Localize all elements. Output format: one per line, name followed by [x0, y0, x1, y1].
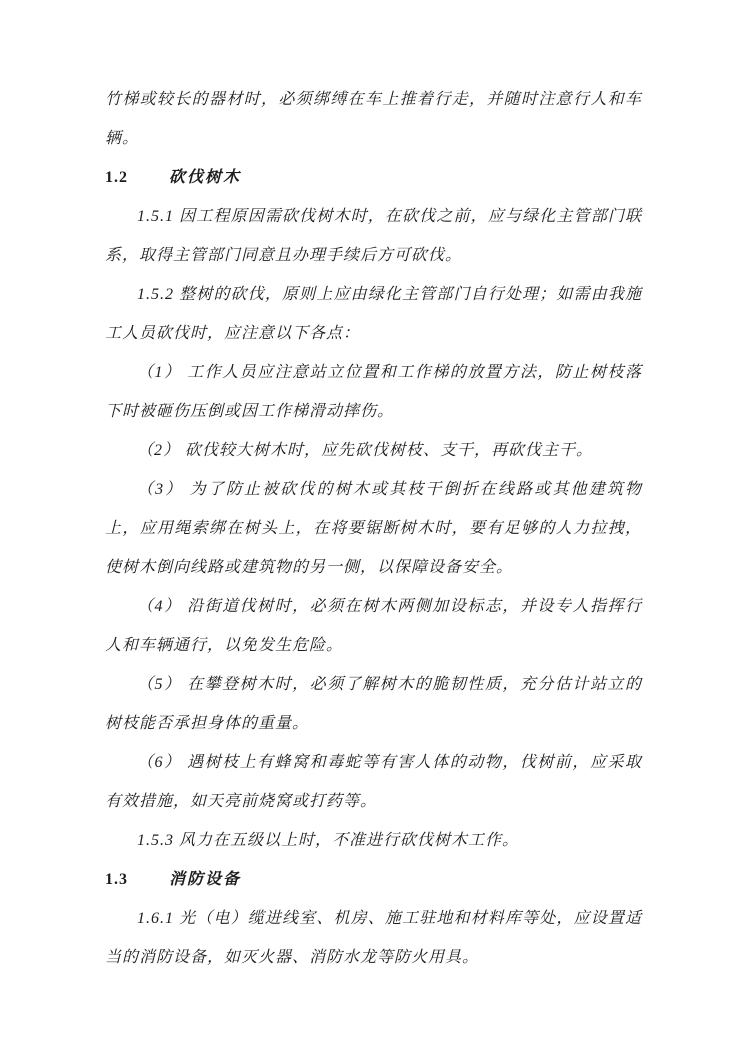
list-item: （2） 砍伐较大树木时，应先砍伐树枝、支干，再砍伐主干。 — [105, 431, 642, 470]
list-item: （1） 工作人员应注意站立位置和工作梯的放置方法，防止树枝落下时被砸伤压倒或因工… — [105, 353, 642, 431]
body-paragraph: 竹梯或较长的器材时，必须绑缚在车上推着行走，并随时注意行人和车辆。 — [105, 80, 642, 158]
heading-title: 消防设备 — [169, 860, 241, 899]
heading-number: 1.2 — [105, 158, 169, 197]
body-paragraph: 1.5.1 因工程原因需砍伐树木时，在砍伐之前，应与绿化主管部门联系，取得主管部… — [105, 197, 642, 275]
section-heading: 1.3 消防设备 — [105, 860, 642, 899]
list-item: （5） 在攀登树木时，必须了解树木的脆韧性质，充分估计站立的树枝能否承担身体的重… — [105, 665, 642, 743]
list-item: （3） 为了防止被砍伐的树木或其枝干倒折在线路或其他建筑物上，应用绳索绑在树头上… — [105, 470, 642, 587]
list-item: （4） 沿街道伐树时，必须在树木两侧加设标志，并设专人指挥行人和车辆通行，以免发… — [105, 587, 642, 665]
heading-title: 砍伐树木 — [169, 158, 241, 197]
body-paragraph: 1.5.2 整树的砍伐，原则上应由绿化主管部门自行处理；如需由我施工人员砍伐时，… — [105, 275, 642, 353]
list-item: （6） 遇树枝上有蜂窝和毒蛇等有害人体的动物，伐树前，应采取有效措施，如天亮前烧… — [105, 743, 642, 821]
body-paragraph: 1.5.3 风力在五级以上时，不准进行砍伐树木工作。 — [105, 821, 642, 860]
heading-number: 1.3 — [105, 860, 169, 899]
document-page: 竹梯或较长的器材时，必须绑缚在车上推着行走，并随时注意行人和车辆。 1.2 砍伐… — [0, 0, 744, 1052]
body-paragraph: 1.6.1 光（电）缆进线室、机房、施工驻地和材料库等处，应设置适当的消防设备，… — [105, 899, 642, 977]
section-heading: 1.2 砍伐树木 — [105, 158, 642, 197]
